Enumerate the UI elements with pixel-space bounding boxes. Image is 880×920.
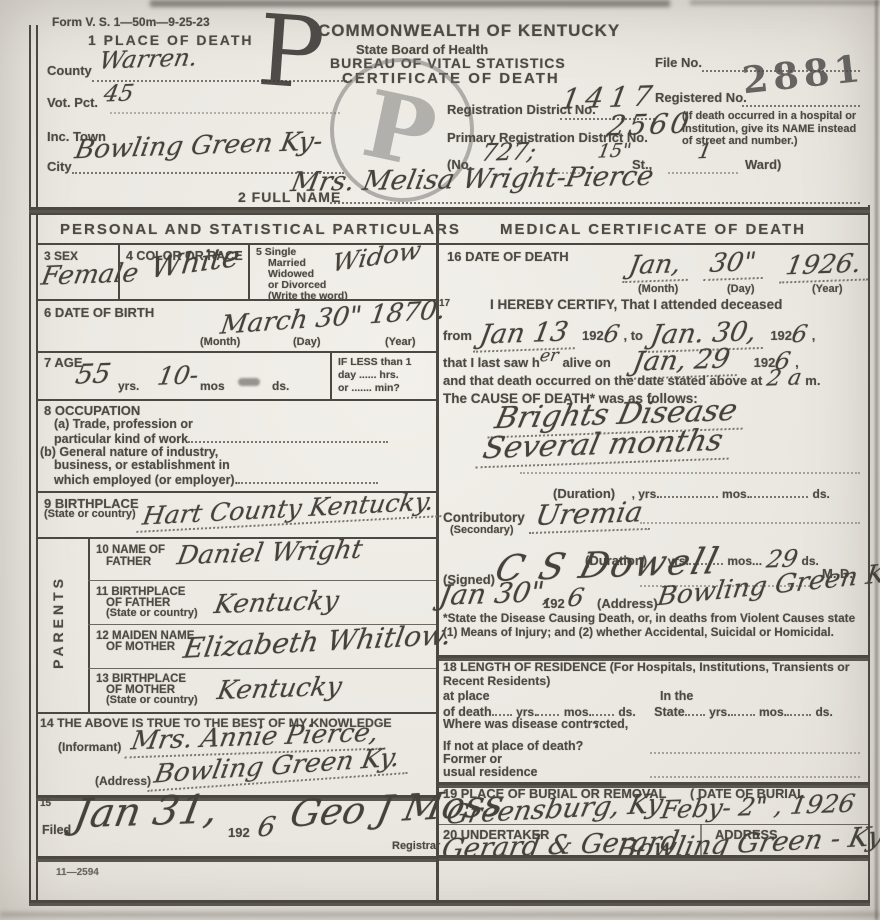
dod-year-value: 1926. [779,250,873,283]
scan-artifact [875,0,878,920]
ink-smudge [238,378,260,386]
informant-label: (Informant) [58,741,121,754]
scan-artifact [150,0,670,7]
dod-month-value: Jan, [622,251,693,283]
state-mos-label: mos. [759,706,787,719]
filed-year-print: 192 [228,826,250,840]
mother-bp-sub: (State or country) [106,695,198,707]
registered-no-label: Registered No. [655,91,747,105]
to-year-hw: 6 [790,322,810,347]
dod-label: 16 DATE OF DEATH [447,250,569,264]
rule [36,856,436,859]
border-right [868,205,870,903]
border-bottom [29,900,870,903]
dotted-line [731,712,755,716]
dotted-line [492,712,512,716]
state-ds-label: ds. [815,706,832,719]
contracted-label: Where was disease contrรcted, [443,718,628,732]
print-code: 11—2594 [56,868,99,879]
at-place-label: at place [443,690,490,704]
signed-year-print: 192 [543,597,565,611]
dotted-line [330,202,860,204]
rule [330,351,332,399]
occupation-b3: which employed (or employer). [54,474,238,488]
contributory-value: Uremia [529,498,655,534]
dod-day-value: 30" [703,249,768,281]
street-no-value: 15" [596,141,633,161]
death-time-value: 2 a [765,367,803,390]
mother-bp-value: Kentucky [215,674,344,704]
registered-no-stamp: 2881 [740,46,867,103]
filed-year-hw: 6 [256,814,278,842]
dotted-line [787,712,811,716]
signed-year-hw: 6 [566,585,586,611]
filed-date-value: Jan 31, [71,790,221,835]
medical-section-title: MEDICAL CERTIFICATE OF DEATH [500,222,806,238]
rule [439,243,868,245]
father-bp-sub: (State or country) [106,608,198,620]
commonwealth-title: COMMONWEALTH OF KENTUCKY [318,22,620,40]
full-name-value: Mrs. Melisa Wright-Pierce [289,163,656,196]
dob-year-sub: (Year) [385,337,416,349]
rule [88,668,436,669]
rule [36,351,436,353]
dod-year-sub: (Year) [812,284,843,296]
cause-value-2: Several months [475,426,735,469]
physician-address-label: (Address) [597,597,658,611]
sex-value: Female [39,260,140,289]
dotted-line [650,752,860,754]
certify-text: I HEREBY CERTIFY, That I attended deceas… [490,298,782,313]
dotted-line [592,712,614,716]
if-less-line-3: or ....... min? [338,383,400,394]
rule [439,655,868,658]
if-less-line-1: IF LESS than 1 [338,357,412,368]
mother-name-value: Elizabeth Whitlow. [181,621,453,663]
age-years-value: 55 [73,360,112,388]
death-certificate-document: Form V. S. 1—50m—9-25-23 1 PLACE OF DEAT… [0,0,880,920]
occupation-b3-line: which employed (or employer). [54,472,378,488]
rule [36,399,436,401]
former-label-2: usual residence [443,766,538,780]
birthplace-value: Hart County Kentucky. [136,488,446,533]
vot-pct-label: Vot. Pct. [47,96,98,110]
hospital-note: (If death occurred in a hospital or inst… [682,110,868,148]
cause-footnote: *State the Disease Causing Death, or, in… [443,612,865,639]
father-bp-value: Kentucky [212,588,341,618]
dotted-line [685,712,705,716]
dotted-line [742,105,860,107]
state-label: State [654,706,685,720]
filed-no: 15 [40,799,51,810]
dotted-line [537,712,559,716]
dotted-line [668,172,738,174]
certify-occurred-line: and that death occurred on the date stat… [443,368,820,390]
scan-artifact [690,0,880,5]
state-yrs-label: yrs. [709,706,730,719]
dotted-line [238,480,378,484]
personal-section-title: PERSONAL AND STATISTICAL PARTICULARS [60,222,461,238]
separator-header [29,207,870,210]
from-year-hw: 6 [602,322,622,347]
burial-date-value: Feby- 2" , 1926 [659,791,857,823]
duration-ds-label: ds. [813,488,830,501]
city-label: City [47,160,72,174]
registrar-label: Registrar [392,841,440,853]
rule [88,580,436,581]
dotted-line [660,494,718,498]
m-label: m. [805,374,820,388]
city-value: Bowling Green Ky- [73,129,325,164]
mother-name-label-2: OF MOTHER [106,641,175,653]
to-label: , to [623,329,643,343]
birthplace-sub: (State or country) [44,509,136,521]
rule [439,782,868,785]
form-code: Form V. S. 1—50m—9-25-23 [52,16,210,29]
her-hw: er [538,348,559,366]
informant-address-label: (Address) [95,775,151,788]
age-months-value: 10- [156,362,201,388]
year-print2: 192 [770,329,792,343]
age-ds-label: ds. [272,380,289,393]
if-less-line-2: day ...... hrs. [338,370,399,381]
dotted-line [110,112,340,114]
primary-district-value: 2560 [605,110,694,141]
dotted-line [520,472,860,474]
dob-day-sub: (Day) [293,337,321,349]
ward-label: Ward) [745,158,781,172]
border-left-outer [29,25,31,905]
county-label: County [47,64,92,78]
in-the-label: In the [660,690,693,704]
occurred-label: and that death occurred on the date stat… [443,374,762,388]
occupation-label: 8 OCCUPATION [44,404,140,418]
dob-month-sub: (Month) [200,337,240,349]
border-left-inner [36,25,38,905]
rule [248,243,250,299]
vot-pct-value: 45 [102,82,136,106]
comma: , [812,329,816,343]
dod-month-sub: (Month) [638,284,678,296]
residence-title: 18 LENGTH OF RESIDENCE (For Hospitals, I… [443,661,865,688]
certify-no: 17 [439,299,450,310]
rule [36,712,436,714]
year-print: 192 [582,329,604,343]
parents-label: PARENTS [50,575,66,669]
dotted-line [640,522,860,524]
duration2-mos-label: mos... [727,555,762,568]
occupation-a1: (a) Trade, profession or [54,418,193,432]
rule [439,855,868,858]
secondary-sub: (Secondary) [450,525,514,537]
dob-value: March 30" 1870. [219,297,447,338]
rule [118,243,120,299]
dotted-line [650,776,860,778]
dotted-line [188,439,388,443]
occupation-b2: business, or establishment in [54,459,230,473]
dod-day-sub: (Day) [727,284,755,296]
filed-label: Filed [42,824,71,838]
duration-mos-label: mos. [722,488,750,501]
pen-mark-p: P [254,0,328,112]
house-no-value: 727; [480,139,539,165]
dob-label: 6 DATE OF BIRTH [44,306,154,320]
signed-date-value: Jan 30", [437,578,555,610]
separator-header2 [29,213,870,215]
scan-artifact [0,912,880,917]
father-name-value: Daniel Wright [175,537,364,569]
age-mos-label: mos [200,380,225,393]
dotted-line [750,494,808,498]
from-label: from [443,329,472,343]
county-value: Warren. [98,45,200,72]
father-name-label-2: FATHER [106,556,151,568]
father-name-label-1: 10 NAME OF [96,544,165,556]
file-no-label: File No. [655,56,702,70]
age-yrs-label: yrs. [118,380,139,393]
